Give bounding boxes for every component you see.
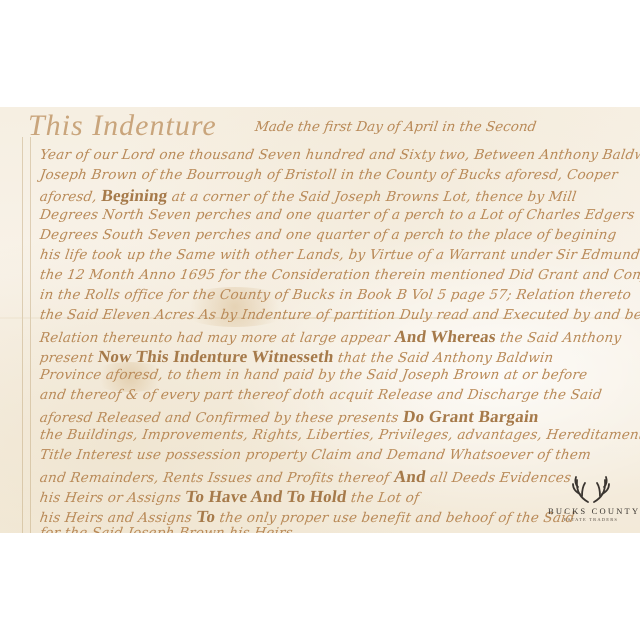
- text-line: Relation thereunto had may more at large…: [39, 327, 623, 347]
- text-line: the 12 Month Anno 1695 for the Considera…: [39, 267, 640, 283]
- brand-name: BUCKS COUNTY: [548, 506, 634, 516]
- text-line: aforesd, Begining at a corner of the Sai…: [39, 186, 578, 206]
- text-line: and Remainders, Rents Issues and Profits…: [39, 467, 573, 487]
- text-line: his life took up the Same with other Lan…: [39, 247, 640, 263]
- document-title: This Indenture: [28, 109, 217, 143]
- deed-document: This Indenture Made the first Day of Apr…: [0, 107, 640, 533]
- text-line: Degrees South Seven perches and one quar…: [39, 227, 618, 243]
- text-line: his Heirs or Assigns To Have And To Hold…: [39, 487, 421, 507]
- text-line: present Now This Indenture Witnesseth th…: [39, 347, 555, 367]
- text-line: Province aforesd, to them in hand paid b…: [39, 367, 588, 383]
- brand-subtitle: ESTATE TRADERS: [548, 517, 634, 522]
- text-line: Title Interest use possession property C…: [39, 447, 592, 463]
- text-line: the Buildings, Improvements, Rights, Lib…: [39, 427, 640, 443]
- bucks-county-watermark: BUCKS COUNTY ESTATE TRADERS: [548, 474, 634, 522]
- text-line: in the Rolls office for the County of Bu…: [39, 287, 632, 303]
- text-line: Degrees North Seven perches and one quar…: [39, 207, 636, 223]
- text-line: his Heirs and Assigns To the only proper…: [39, 507, 576, 527]
- antlers-icon: [571, 474, 611, 504]
- text-line: Joseph Brown of the Bourrough of Bristol…: [39, 167, 619, 183]
- title-continuation: Made the first Day of April in the Secon…: [254, 119, 537, 135]
- text-line: the Said Eleven Acres As by Indenture of…: [39, 307, 640, 323]
- text-line: and thereof & of every part thereof doth…: [39, 387, 603, 403]
- margin-rule-outer: [22, 137, 23, 533]
- text-line: Year of our Lord one thousand Seven hund…: [39, 147, 640, 163]
- text-line: for the Said Joseph Brown his Heirs: [39, 525, 294, 533]
- margin-rule-inner: [30, 137, 31, 533]
- text-line: aforesd Released and Confirmed by these …: [39, 407, 540, 427]
